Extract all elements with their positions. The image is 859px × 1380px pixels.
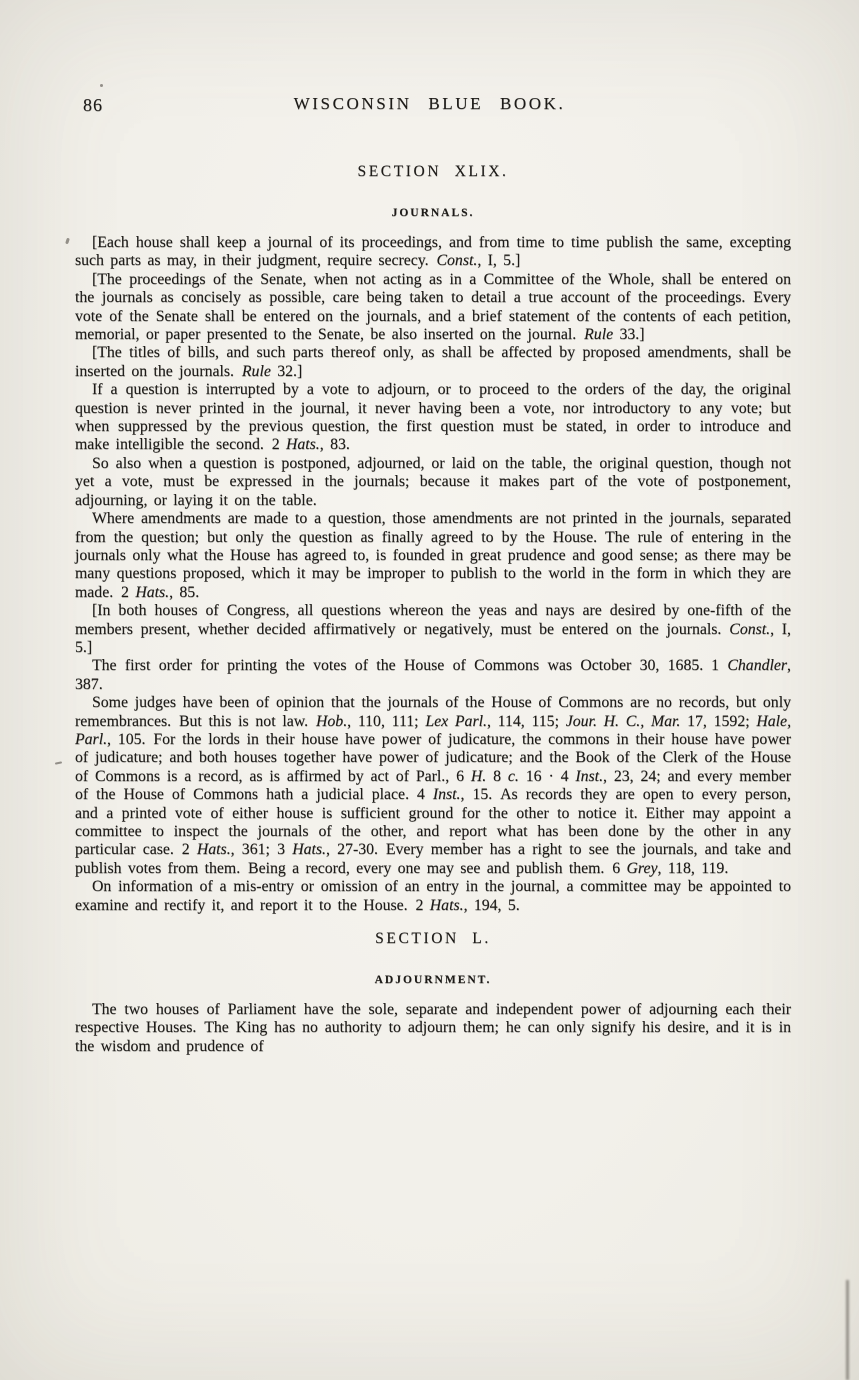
body-text: , 110, 111; bbox=[347, 713, 425, 730]
paragraph: On information of a mis-entry or omissio… bbox=[75, 878, 791, 915]
paragraph: Where amendments are made to a question,… bbox=[75, 510, 791, 602]
scan-speck bbox=[65, 238, 70, 245]
scan-edge-streak bbox=[846, 1280, 849, 1380]
section-xlix: SECTION XLIX. JOURNALS. [Each house shal… bbox=[75, 163, 791, 915]
body-text: , 85. bbox=[169, 584, 199, 601]
citation: Inst. bbox=[433, 786, 461, 803]
paragraph: The two houses of Parliament have the so… bbox=[75, 1001, 791, 1056]
body-text: [Each house shall keep a journal of its … bbox=[75, 234, 791, 269]
body-text: The first order for printing the votes o… bbox=[92, 657, 727, 674]
paragraph: [In both houses of Congress, all questio… bbox=[75, 602, 791, 657]
citation: Chandler bbox=[727, 657, 787, 674]
section-subheading: ADJOURNMENT. bbox=[75, 974, 791, 986]
section-paragraphs: The two houses of Parliament have the so… bbox=[75, 1001, 791, 1056]
body-text: So also when a question is postponed, ad… bbox=[75, 455, 791, 509]
citation: Inst. bbox=[575, 768, 603, 785]
citation: Const. bbox=[437, 252, 478, 269]
citation: Lex Parl. bbox=[425, 713, 487, 730]
citation: Rule bbox=[584, 326, 613, 343]
book-page: 86 WISCONSIN BLUE BOOK. SECTION XLIX. JO… bbox=[0, 0, 859, 1380]
body-text: , I, 5.] bbox=[477, 252, 520, 269]
body-text: 8 bbox=[486, 768, 508, 785]
citation: H. bbox=[471, 768, 486, 785]
citation: c. bbox=[508, 768, 519, 785]
citation: Hats. bbox=[292, 841, 326, 858]
citation: Hats. bbox=[197, 841, 231, 858]
paragraph: The first order for printing the votes o… bbox=[75, 657, 791, 694]
page-content: SECTION XLIX. JOURNALS. [Each house shal… bbox=[75, 163, 791, 1056]
body-text: [The titles of bills, and such parts the… bbox=[75, 344, 791, 379]
paragraph: Some judges have been of opinion that th… bbox=[75, 694, 791, 878]
paragraph: [The titles of bills, and such parts the… bbox=[75, 344, 791, 381]
section-paragraphs: [Each house shall keep a journal of its … bbox=[75, 234, 791, 915]
paragraph: [The proceedings of the Senate, when not… bbox=[75, 271, 791, 345]
paragraph: If a question is interrupted by a vote t… bbox=[75, 381, 791, 455]
running-title: WISCONSIN BLUE BOOK. bbox=[0, 94, 859, 114]
body-text: , 118, 119. bbox=[658, 860, 729, 877]
citation: Hats. bbox=[135, 584, 169, 601]
body-text: [In both houses of Congress, all questio… bbox=[75, 602, 791, 637]
body-text: 16 · 4 bbox=[519, 768, 576, 785]
body-text: 17, 1592; bbox=[680, 713, 756, 730]
body-text: If a question is interrupted by a vote t… bbox=[75, 381, 791, 453]
page-header: 86 WISCONSIN BLUE BOOK. bbox=[0, 0, 859, 118]
body-text: , 194, 5. bbox=[464, 897, 520, 914]
section-heading: SECTION XLIX. bbox=[75, 163, 791, 181]
body-text: , 114, 115; bbox=[487, 713, 566, 730]
scan-speck bbox=[55, 761, 62, 764]
body-text: [The proceedings of the Senate, when not… bbox=[75, 271, 791, 343]
body-text: 33.] bbox=[613, 326, 644, 343]
body-text: 32.] bbox=[271, 363, 302, 380]
citation: Grey bbox=[627, 860, 658, 877]
citation: Const. bbox=[729, 621, 770, 638]
citation: Rule bbox=[242, 363, 271, 380]
citation: Hob. bbox=[316, 713, 347, 730]
paragraph: So also when a question is postponed, ad… bbox=[75, 455, 791, 510]
citation: Hats. bbox=[286, 436, 320, 453]
section-heading: SECTION L. bbox=[75, 930, 791, 948]
paragraph: [Each house shall keep a journal of its … bbox=[75, 234, 791, 271]
section-subheading: JOURNALS. bbox=[75, 207, 791, 219]
body-text: The two houses of Parliament have the so… bbox=[75, 1001, 791, 1055]
section-l: SECTION L. ADJOURNMENT. The two houses o… bbox=[75, 930, 791, 1056]
body-text: , 361; 3 bbox=[231, 841, 293, 858]
citation: Hats. bbox=[430, 897, 464, 914]
citation: Jour. H. C., Mar. bbox=[566, 713, 681, 730]
body-text: , 83. bbox=[320, 436, 350, 453]
scan-speck bbox=[100, 84, 103, 87]
